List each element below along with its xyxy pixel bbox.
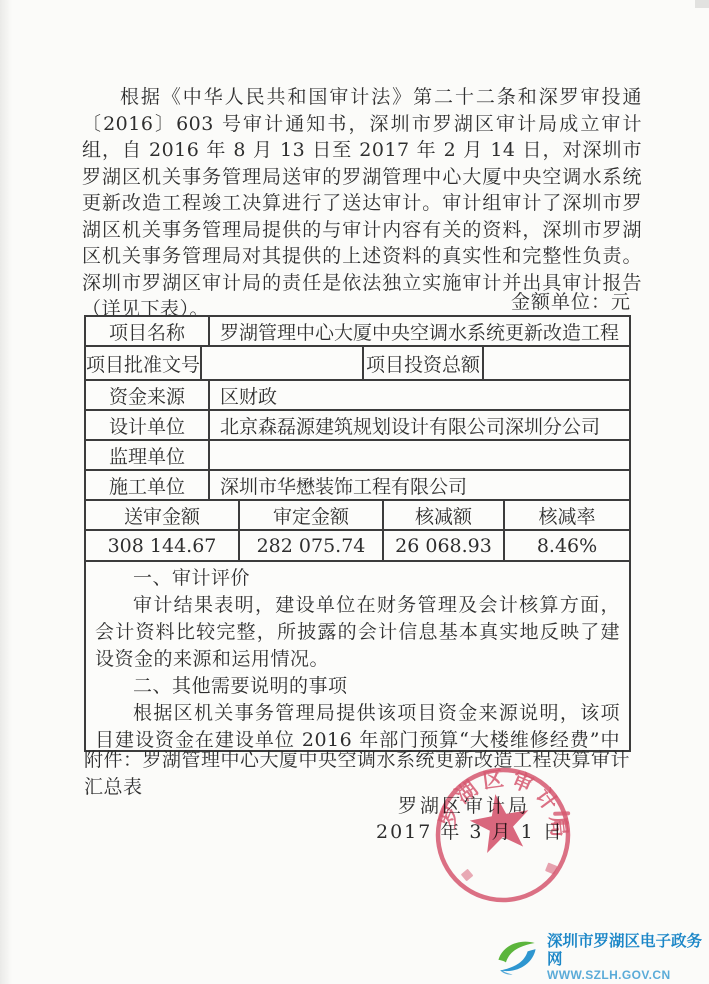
table-row: 项目批准文号 项目投资总额: [86, 347, 629, 381]
evaluation-cell: 一、审计评价 审计结果表明，建设单位在财务管理及会计核算方面，会计资料比较完整，…: [86, 562, 629, 750]
design-unit-value: 北京森磊源建筑规划设计有限公司深圳分公司: [210, 411, 629, 439]
reduction-rate-header: 核减率: [505, 501, 629, 529]
szlh-logo-icon: [494, 937, 540, 979]
section2-heading: 二、其他需要说明的事项: [95, 673, 620, 700]
amounts-header-row: 送审金额 审定金额 核减额 核减率: [86, 501, 629, 531]
construction-unit-value: 深圳市华懋装饰工程有限公司: [210, 471, 629, 499]
submitted-amount-value: 308 144.67: [86, 531, 240, 560]
table-row: 设计单位 北京森磊源建筑规划设计有限公司深圳分公司: [86, 411, 629, 441]
supervision-unit-value: [210, 441, 629, 469]
section1-body: 审计结果表明，建设单位在财务管理及会计核算方面，会计资料比较完整，所披露的会计信…: [95, 592, 620, 673]
reduction-amount-header: 核减额: [384, 501, 505, 529]
funding-source-label: 资金来源: [86, 381, 210, 409]
project-name-label: 项目名称: [86, 317, 210, 345]
amount-unit-note: 金额单位：元: [82, 287, 631, 314]
section2-body: 根据区机关事务管理局提供该项目资金来源说明，该项目建设资金在建设单位 2016 …: [95, 700, 620, 750]
project-name-value: 罗湖管理中心大厦中央空调水系统更新改造工程: [210, 317, 629, 345]
table-row: 资金来源 区财政: [86, 381, 629, 411]
official-seal: 罗湖区审计局: [416, 748, 590, 922]
footer-site-name[interactable]: 深圳市罗湖区电子政务网: [547, 933, 709, 969]
investment-total-value: [484, 347, 629, 379]
scanned-audit-document: 根据《中华人民共和国审计法》第二十二条和深罗审投通〔2016〕603 号审计通知…: [0, 0, 709, 984]
funding-source-value: 区财政: [210, 381, 629, 409]
amounts-value-row: 308 144.67 282 075.74 26 068.93 8.46%: [86, 531, 629, 562]
approved-amount-value: 282 075.74: [240, 531, 384, 560]
design-unit-label: 设计单位: [86, 411, 210, 439]
reduction-rate-value: 8.46%: [505, 531, 629, 560]
section1-heading: 一、审计评价: [95, 565, 620, 592]
scan-corner-artifact: [695, 0, 709, 8]
evaluation-row: 一、审计评价 审计结果表明，建设单位在财务管理及会计核算方面，会计资料比较完整，…: [86, 562, 629, 750]
table-row: 施工单位 深圳市华懋装饰工程有限公司: [86, 471, 629, 501]
table-row: 项目名称 罗湖管理中心大厦中央空调水系统更新改造工程: [86, 317, 629, 347]
approval-doc-label: 项目批准文号: [86, 347, 202, 379]
approval-doc-value: [202, 347, 364, 379]
supervision-unit-label: 监理单位: [86, 441, 210, 469]
construction-unit-label: 施工单位: [86, 471, 210, 499]
investment-total-label: 项目投资总额: [364, 347, 484, 379]
approved-amount-header: 审定金额: [240, 501, 384, 529]
site-footer[interactable]: 深圳市罗湖区电子政务网 WWW.SZLH.GOV.CN: [494, 935, 709, 981]
submitted-amount-header: 送审金额: [86, 501, 240, 529]
table-row: 监理单位: [86, 441, 629, 471]
reduction-amount-value: 26 068.93: [384, 531, 505, 560]
audit-summary-table: 项目名称 罗湖管理中心大厦中央空调水系统更新改造工程 项目批准文号 项目投资总额…: [84, 315, 631, 752]
footer-site-url[interactable]: WWW.SZLH.GOV.CN: [547, 969, 709, 983]
